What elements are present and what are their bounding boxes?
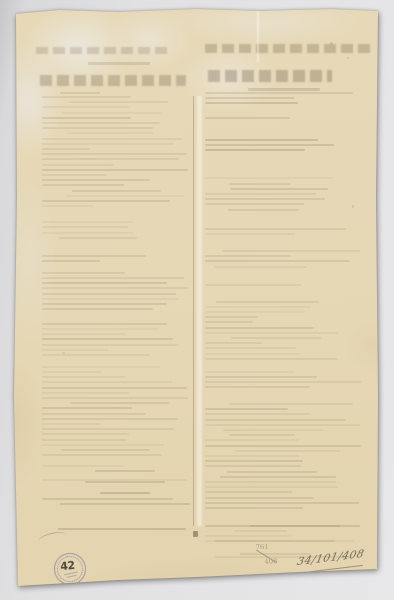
document-paper: 42 761 408 34/101/408 (0, 0, 394, 600)
pencil-fraction-notation: 761 408 (249, 542, 288, 572)
bleedthrough-line (205, 502, 359, 504)
bleedthrough-line (42, 433, 129, 435)
stamp-number: 42 (60, 559, 76, 573)
bleedthrough-line (42, 387, 187, 389)
bleedthrough-line (42, 179, 150, 181)
bleedthrough-line (42, 323, 167, 325)
bleedthrough-line (42, 293, 176, 295)
bleedthrough-line (205, 255, 291, 257)
bleedthrough-line (205, 497, 314, 499)
paper-shadow-wrapper: 42 761 408 34/101/408 (0, 0, 394, 600)
bleedthrough-line (42, 298, 179, 300)
bleedthrough-line (100, 492, 150, 494)
bleedthrough-line (42, 153, 187, 155)
bleedthrough-line (205, 439, 298, 441)
bleedthrough-line (42, 303, 167, 305)
bleedthrough-line (42, 333, 126, 335)
bleedthrough-line (223, 429, 323, 431)
pencil-denominator: 408 (264, 557, 277, 565)
bleedthrough-line (205, 486, 338, 488)
bleedthrough-headline (40, 75, 186, 86)
bleedthrough-line (250, 525, 340, 527)
bleedthrough-line (205, 306, 311, 308)
bleedthrough-line (205, 386, 310, 388)
bleedthrough-line (205, 481, 336, 483)
bleedthrough-line (220, 476, 336, 478)
bleedthrough-line (248, 88, 320, 91)
bleedthrough-line (205, 460, 303, 462)
bleedthrough-line (42, 158, 179, 160)
bleedthrough-line (205, 117, 290, 119)
bleedthrough-line (42, 407, 132, 409)
bleedthrough-line (205, 97, 294, 99)
bleedthrough-line (42, 381, 172, 383)
foxing-speck (330, 42, 333, 45)
bleedthrough-line (235, 450, 340, 452)
bleedthrough-line (228, 209, 299, 211)
bleedthrough-line (42, 232, 133, 234)
bleedthrough-line (42, 454, 162, 456)
bleedthrough-line (72, 190, 161, 192)
bleedthrough-line (88, 62, 150, 65)
bleedthrough-line (229, 183, 290, 185)
bleedthrough-line (205, 465, 301, 467)
bleedthrough-line (229, 403, 353, 405)
bleedthrough-line (214, 266, 308, 268)
bleedthrough-line (205, 535, 291, 537)
bleedthrough-line (205, 347, 296, 349)
bleedthrough-line (42, 423, 101, 425)
bleedthrough-line (60, 92, 100, 94)
bleedthrough-line (205, 455, 299, 457)
bleedthrough-line (42, 282, 167, 284)
bleedthrough-line (42, 439, 127, 441)
bleedthrough-line (67, 195, 184, 197)
bleedthrough-line (205, 358, 338, 360)
bleedthrough-line (205, 381, 361, 383)
bleedthrough-line (42, 287, 188, 289)
bleedthrough-line (205, 139, 318, 141)
bleedthrough-line (205, 177, 333, 179)
column-divider-rule (193, 96, 194, 526)
bleedthrough-line (42, 272, 125, 274)
bleedthrough-line (42, 328, 159, 330)
foxing-speck (62, 352, 65, 354)
bleedthrough-line (205, 376, 317, 378)
bleedthrough-line (205, 445, 361, 447)
bleedthrough-line (69, 101, 167, 103)
bleedthrough-line (58, 528, 186, 530)
bleedthrough-line (205, 92, 353, 94)
bleedthrough-line (205, 260, 350, 262)
bleedthrough-line (42, 184, 124, 186)
bleedthrough-line (42, 143, 174, 145)
bleedthrough-line (205, 413, 310, 415)
bleedthrough-line (42, 428, 174, 430)
bleedthrough-line (205, 507, 303, 509)
bleedthrough-line (205, 144, 334, 146)
bleedthrough-line (42, 366, 160, 368)
bleedthrough-line (205, 371, 295, 373)
bleedthrough-line (42, 200, 170, 202)
bleedthrough-headline (36, 47, 168, 54)
bleedthrough-line (42, 205, 93, 207)
bleedthrough-line (205, 311, 305, 313)
bleedthrough-line (42, 277, 184, 279)
bleedthrough-line (42, 444, 164, 446)
ink-speck (193, 531, 198, 537)
round-ink-stamp: 42 (51, 550, 89, 588)
bleedthrough-headline (205, 44, 373, 53)
bleedthrough-line (42, 260, 100, 262)
top-crease (257, 10, 259, 62)
bleedthrough-line (205, 327, 314, 329)
bleedthrough-line (42, 127, 153, 129)
bleedthrough-line (205, 332, 338, 334)
bleedthrough-line (216, 301, 319, 303)
bleedthrough-line (42, 96, 131, 98)
bleedthrough-line (70, 402, 169, 404)
bleedthrough-line (42, 255, 146, 257)
foxing-speck (347, 57, 349, 59)
bleedthrough-line (222, 250, 361, 252)
bleedthrough-line (42, 148, 90, 150)
bleedthrough-line (205, 233, 295, 235)
bleedthrough-line (42, 349, 108, 351)
bleedthrough-line (205, 316, 258, 318)
bleedthrough-line (42, 308, 153, 310)
bleedthrough-line (42, 418, 178, 420)
bleedthrough-line (42, 122, 160, 124)
bleedthrough-line (42, 371, 101, 373)
bleedthrough-line (42, 413, 146, 415)
bleedthrough-line (42, 174, 107, 176)
bleedthrough-line (205, 228, 346, 230)
bleedthrough-line (95, 470, 155, 472)
bleedthrough-line (205, 284, 301, 286)
bleedthrough-line (42, 376, 125, 378)
bleedthrough-line (229, 434, 295, 436)
bleedthrough-line (42, 344, 179, 346)
bleedthrough-line (61, 449, 150, 451)
bleedthrough-line (42, 138, 182, 140)
bleedthrough-line (205, 198, 325, 200)
bleedthrough-line (59, 237, 138, 239)
bleedthrough-line (205, 419, 346, 421)
bleedthrough-line (231, 337, 320, 339)
bleedthrough-line (205, 193, 316, 195)
bleedthrough-line (85, 481, 165, 483)
bleedthrough-line (42, 221, 133, 223)
bleedthrough-line (230, 188, 328, 190)
bleedthrough-line (42, 169, 188, 171)
bleedthrough-line (42, 392, 129, 394)
bleedthrough-line (205, 342, 262, 344)
bleedthrough-line (42, 338, 173, 340)
bleedthrough-line (205, 203, 304, 205)
bleedthrough-line (205, 353, 300, 355)
bleedthrough-line (205, 491, 292, 493)
bleedthrough-line (42, 117, 131, 119)
bleedthrough-line (205, 149, 305, 151)
bleedthrough-line (234, 530, 287, 532)
bleedthrough-line (227, 471, 317, 473)
foxing-speck (352, 205, 354, 208)
bleedthrough-line (42, 465, 124, 467)
scanned-document-photo: 42 761 408 34/101/408 (0, 0, 394, 600)
bleedthrough-line (42, 397, 188, 399)
bleedthrough-line (205, 424, 360, 426)
pencil-squiggle (37, 530, 67, 546)
bleedthrough-line (62, 112, 160, 114)
bleedthrough-line (67, 132, 154, 134)
vertical-fold-crease (197, 96, 202, 526)
bleedthrough-line (205, 102, 298, 104)
bleedthrough-line (42, 106, 129, 108)
bleedthrough-line (42, 226, 128, 228)
bleedthrough-line (205, 321, 253, 323)
bleedthrough-line (205, 408, 288, 410)
bleedthrough-line (42, 164, 114, 166)
bleedthrough-line (42, 498, 173, 500)
bleedthrough-headline (208, 70, 332, 82)
bleedthrough-line (60, 503, 190, 505)
bleedthrough-line (42, 354, 150, 356)
